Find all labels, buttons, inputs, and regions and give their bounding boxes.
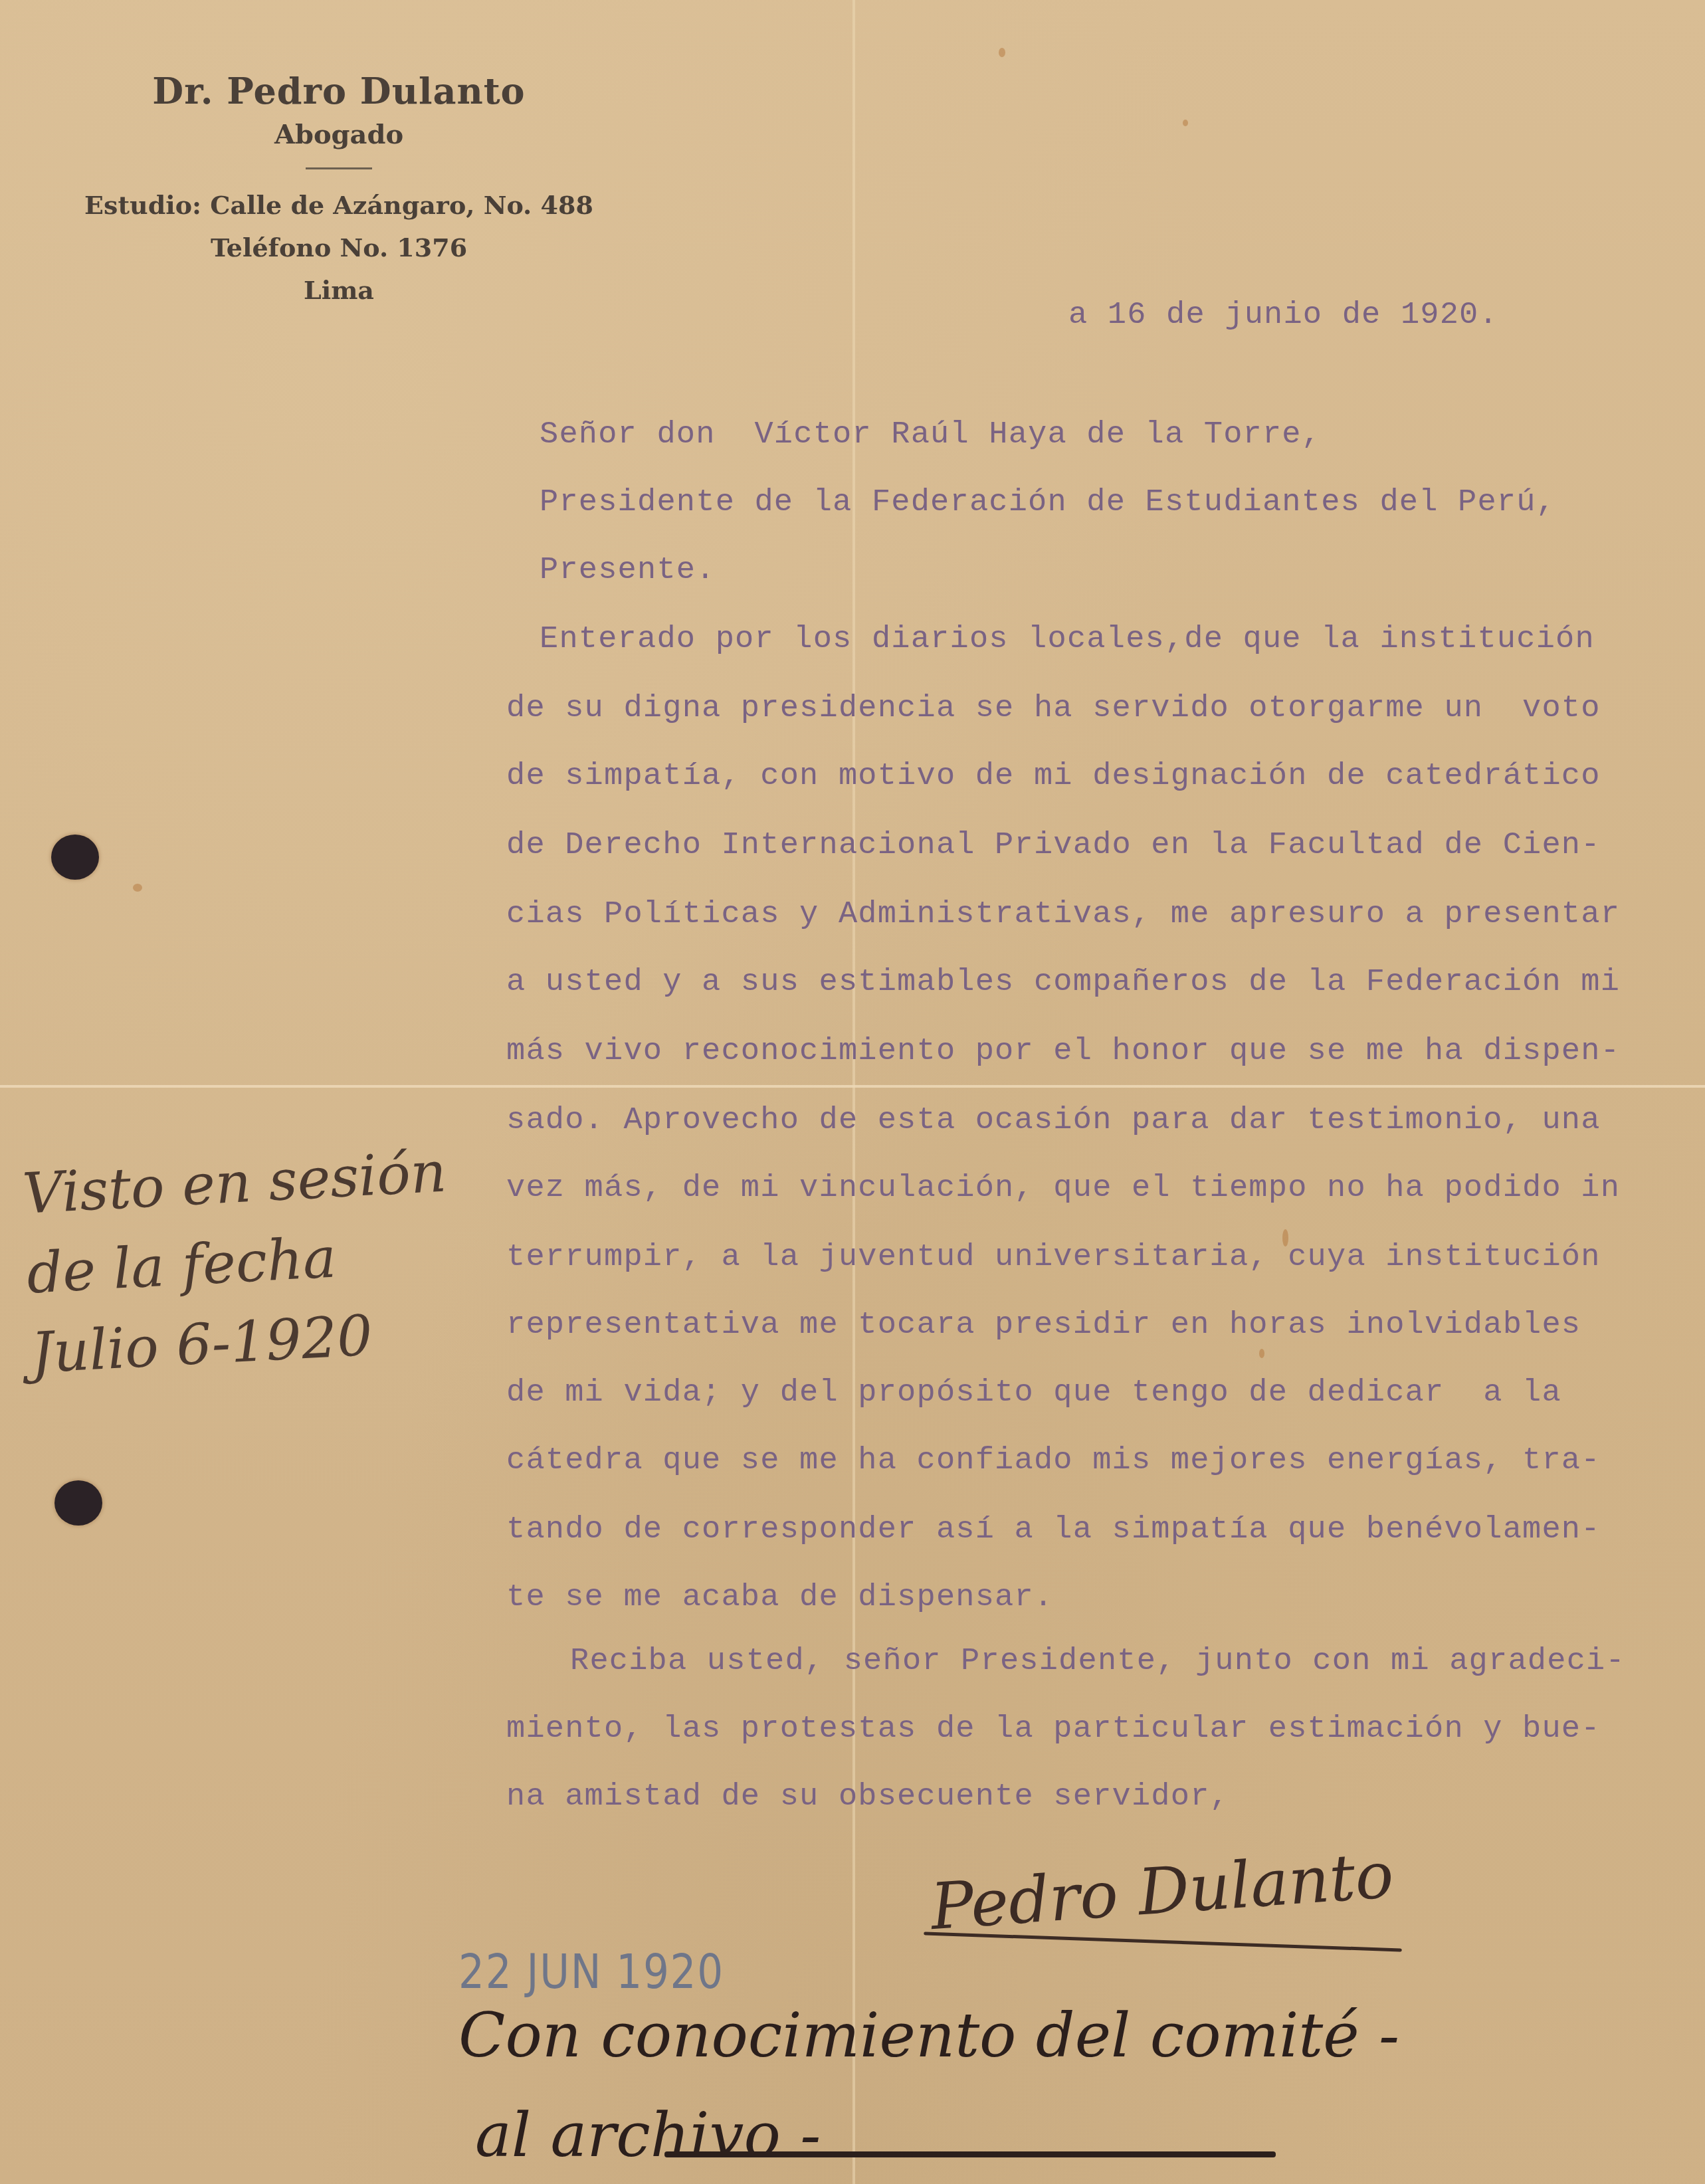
letterhead-phone: Teléfono No. 1376 <box>66 227 611 269</box>
body-line: de mi vida; y del propósito que tengo de… <box>506 1375 1561 1411</box>
letter-page: Dr. Pedro Dulanto Abogado Estudio: Calle… <box>0 0 1705 2184</box>
body-line: más vivo reconocimiento por el honor que… <box>506 1034 1620 1069</box>
addressee-line: Señor don Víctor Raúl Haya de la Torre, <box>540 417 1321 452</box>
body-line: tando de corresponder así a la simpatía … <box>506 1512 1601 1547</box>
margin-note-line: Visto en sesión <box>21 1140 448 1227</box>
margin-note-line: de la fecha <box>25 1225 338 1306</box>
foxing-spot <box>999 48 1005 57</box>
letterhead-title: Abogado <box>66 119 611 150</box>
closing-line: miento, las protestas de la particular e… <box>506 1712 1601 1747</box>
received-date-stamp: 22 JUN 1920 <box>458 1943 724 1999</box>
signature-underline <box>924 1932 1402 1951</box>
punch-hole-icon <box>54 1480 102 1526</box>
body-line: de simpatía, con motivo de mi designació… <box>506 759 1601 794</box>
signature: Pedro Dulanto <box>928 1838 1396 1944</box>
vertical-fold-line <box>852 0 855 2184</box>
body-line: cias Políticas y Administrativas, me apr… <box>506 897 1620 932</box>
foxing-spot <box>1259 1349 1264 1358</box>
body-line: de su digna presidencia se ha servido ot… <box>506 691 1601 726</box>
body-line: te se me acaba de dispensar. <box>506 1580 1053 1615</box>
letterhead: Dr. Pedro Dulanto Abogado Estudio: Calle… <box>66 70 611 312</box>
margin-note: Visto en sesión de la fecha Julio 6-1920 <box>21 1132 456 1393</box>
body-line: vez más, de mi vinculación, que el tiemp… <box>506 1171 1620 1206</box>
body-line: Enterado por los diarios locales,de que … <box>540 622 1595 657</box>
bottom-note-line: al archivo - <box>475 2100 821 2171</box>
body-line: cátedra que se me ha confiado mis mejore… <box>506 1443 1601 1478</box>
bottom-note-line: Con conocimiento del comité - <box>458 2000 1399 2071</box>
closing-line: Reciba usted, señor Presidente, junto co… <box>570 1644 1625 1679</box>
foxing-spot <box>1183 120 1188 126</box>
bottom-note-flourish <box>664 2151 1276 2157</box>
closing-line: na amistad de su obsecuente servidor, <box>506 1779 1229 1815</box>
foxing-spot <box>133 884 142 892</box>
letterhead-divider <box>306 167 372 169</box>
body-line: sado. Aprovecho de esta ocasión para dar… <box>506 1103 1601 1138</box>
letter-date: a 16 de junio de 1920. <box>1068 298 1498 333</box>
addressee-line: Presidente de la Federación de Estudiant… <box>540 485 1555 520</box>
letterhead-address: Estudio: Calle de Azángaro, No. 488 <box>66 184 611 227</box>
letterhead-name: Dr. Pedro Dulanto <box>66 70 611 112</box>
punch-hole-icon <box>51 835 99 880</box>
addressee-line: Presente. <box>540 553 716 588</box>
body-line: terrumpir, a la juventud universitaria, … <box>506 1240 1601 1275</box>
body-line: a usted y a sus estimables compañeros de… <box>506 965 1620 1000</box>
body-line: de Derecho Internacional Privado en la F… <box>506 828 1601 863</box>
margin-note-line: Julio 6-1920 <box>29 1303 374 1386</box>
letterhead-city: Lima <box>66 269 611 312</box>
body-line: representativa me tocara presidir en hor… <box>506 1308 1581 1343</box>
